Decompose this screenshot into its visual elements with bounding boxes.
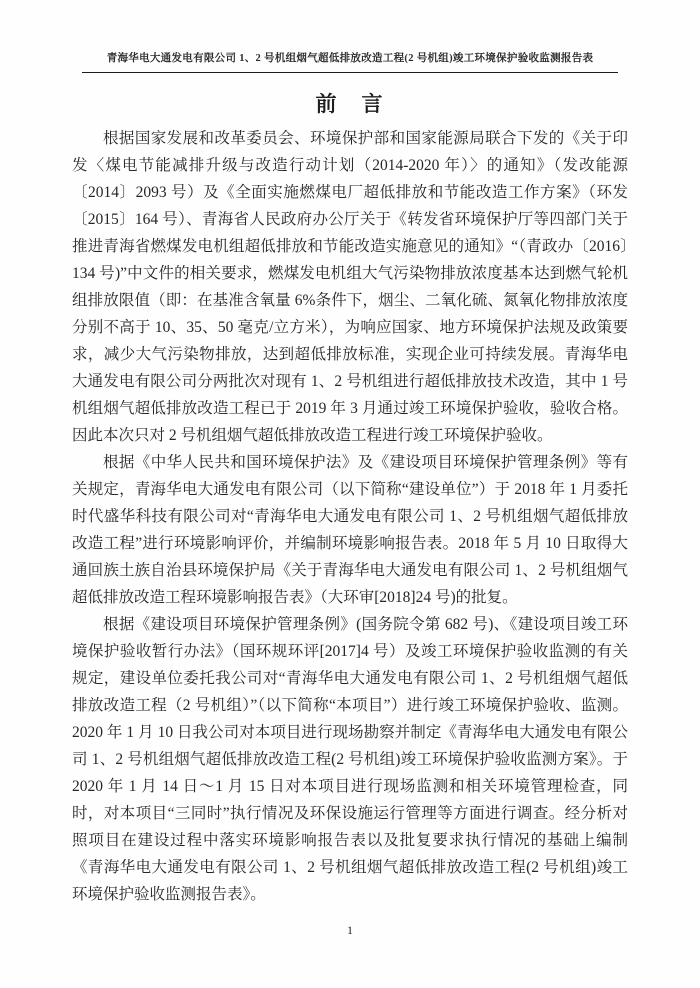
paragraph-3: 根据《建设项目环境保护管理条例》(国务院令第 682 号)、《建设项目竣工环境保… <box>72 611 628 908</box>
page-title: 前 言 <box>0 88 700 118</box>
document-page: 青海华电大通发电有限公司 1、2 号机组烟气超低排放改造工程(2 号机组)竣工环… <box>0 0 700 988</box>
running-header: 青海华电大通发电有限公司 1、2 号机组烟气超低排放改造工程(2 号机组)竣工环… <box>0 0 700 65</box>
header-rule <box>82 72 618 73</box>
document-body: 根据国家发展和改革委员会、环境保护部和国家能源局联合下发的《关于印发〈煤电节能减… <box>72 125 628 908</box>
paragraph-2: 根据《中华人民共和国环境保护法》及《建设项目环境保护管理条例》等有关规定，青海华… <box>72 449 628 611</box>
paragraph-1: 根据国家发展和改革委员会、环境保护部和国家能源局联合下发的《关于印发〈煤电节能减… <box>72 125 628 449</box>
page-number: 1 <box>0 923 700 938</box>
